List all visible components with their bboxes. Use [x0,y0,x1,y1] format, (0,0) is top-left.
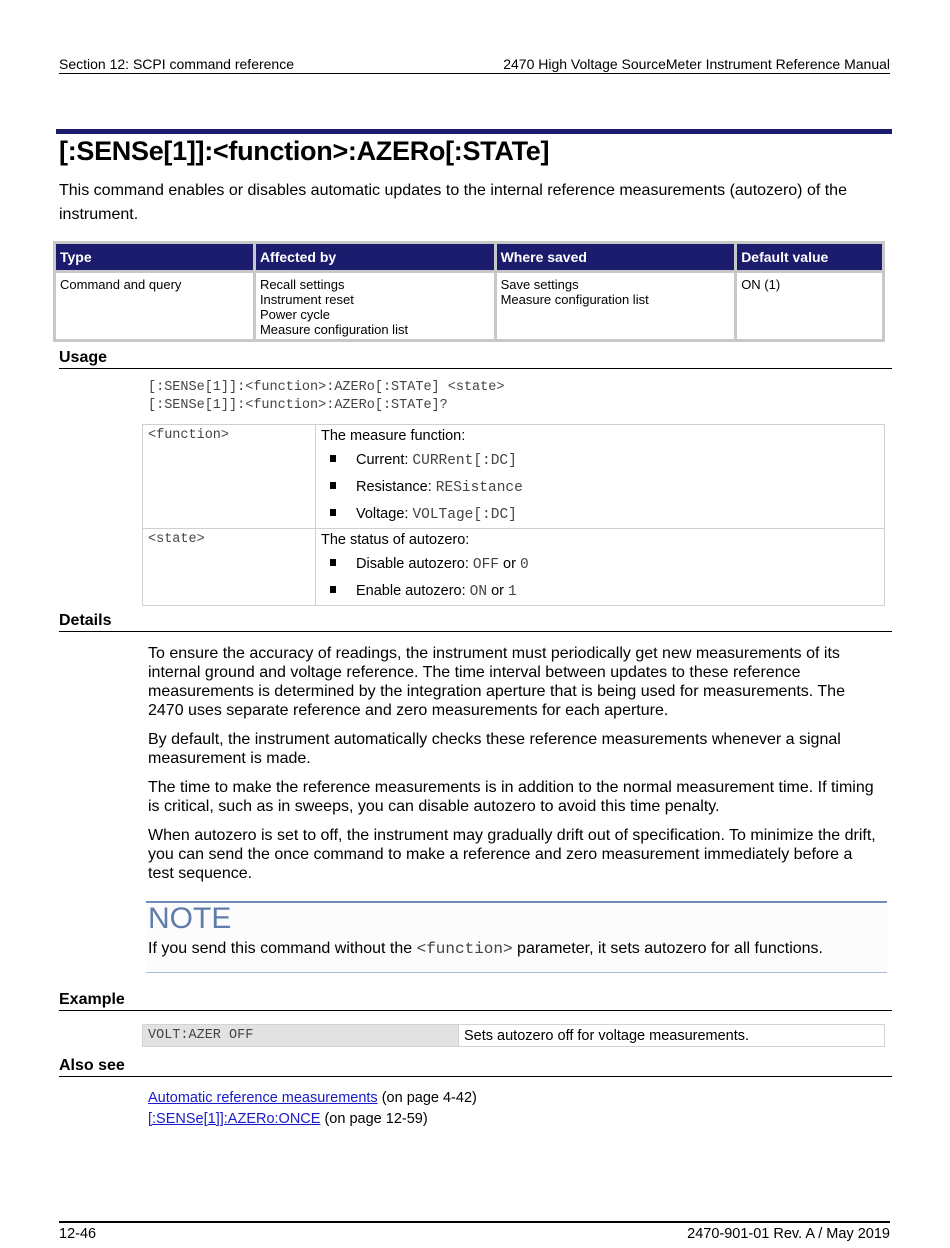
command-intro: This command enables or disables automat… [59,179,889,227]
attributes-table: Type Affected by Where saved Default val… [53,241,885,342]
also-see-item: [:SENSe[1]]:AZERo:ONCE (on page 12-59) [148,1109,477,1130]
link-azero-once[interactable]: [:SENSe[1]]:AZERo:ONCE [148,1111,320,1127]
list-item: Disable autozero: OFF or 0 [321,556,879,575]
param-row-state: <state> The status of autozero: Disable … [143,529,885,606]
usage-heading: Usage [59,349,892,369]
revision-label: 2470-901-01 Rev. A / May 2019 [687,1226,890,1242]
details-paragraph: When autozero is set to off, the instrum… [148,826,878,883]
list-item: Voltage: VOLTage[:DC] [321,506,879,525]
example-description: Sets autozero off for voltage measuremen… [459,1025,885,1047]
param-row-function: <function> The measure function: Current… [143,425,885,529]
list-item: Resistance: RESistance [321,479,879,498]
default-value-cell: ON (1) [737,273,882,339]
note-title: NOTE [148,902,231,936]
usage-query-syntax: [:SENSe[1]]:<function>:AZERo[:STATe]? [148,398,448,413]
list-item: Current: CURRent[:DC] [321,452,879,471]
param-name: <state> [143,529,316,606]
also-see-item: Automatic reference measurements (on pag… [148,1088,477,1109]
link-automatic-reference-measurements[interactable]: Automatic reference measurements [148,1090,378,1106]
state-options: Disable autozero: OFF or 0 Enable autoze… [321,556,879,602]
details-paragraph: To ensure the accuracy of readings, the … [148,644,878,720]
function-options: Current: CURRent[:DC] Resistance: RESist… [321,452,879,525]
header-default-value: Default value [737,244,882,270]
also-see-list: Automatic reference measurements (on pag… [148,1088,477,1130]
page-number: 12-46 [59,1226,96,1242]
where-saved-cell: Save settings Measure configuration list [497,273,735,339]
section-label: Section 12: SCPI command reference [59,56,294,73]
example-command: VOLT:AZER OFF [143,1025,459,1047]
param-name: <function> [143,425,316,529]
header-type: Type [56,244,253,270]
running-header: Section 12: SCPI command reference 2470 … [59,56,890,74]
example-table: VOLT:AZER OFF Sets autozero off for volt… [142,1024,885,1047]
details-paragraph: By default, the instrument automatically… [148,730,878,768]
also-see-heading: Also see [59,1057,892,1077]
param-desc: The measure function: Current: CURRent[:… [316,425,885,529]
title-rule [56,129,892,134]
page-footer: 12-46 2470-901-01 Rev. A / May 2019 [59,1221,890,1242]
note-box: NOTE If you send this command without th… [146,901,887,973]
page-title: [:SENSe[1]]:<function>:AZERo[:STATe] [59,136,549,167]
list-item: Enable autozero: ON or 1 [321,583,879,602]
type-cell: Command and query [56,273,253,339]
affected-by-cell: Recall settings Instrument reset Power c… [256,273,494,339]
details-body: To ensure the accuracy of readings, the … [148,644,878,893]
example-heading: Example [59,991,892,1011]
usage-set-syntax: [:SENSe[1]]:<function>:AZERo[:STATe] <st… [148,380,504,395]
details-paragraph: The time to make the reference measureme… [148,778,878,816]
details-heading: Details [59,612,892,632]
note-text: If you send this command without the <fu… [148,940,823,958]
header-affected-by: Affected by [256,244,494,270]
param-desc: The status of autozero: Disable autozero… [316,529,885,606]
parameters-table: <function> The measure function: Current… [142,424,885,606]
manual-title: 2470 High Voltage SourceMeter Instrument… [503,56,890,73]
header-where-saved: Where saved [497,244,735,270]
